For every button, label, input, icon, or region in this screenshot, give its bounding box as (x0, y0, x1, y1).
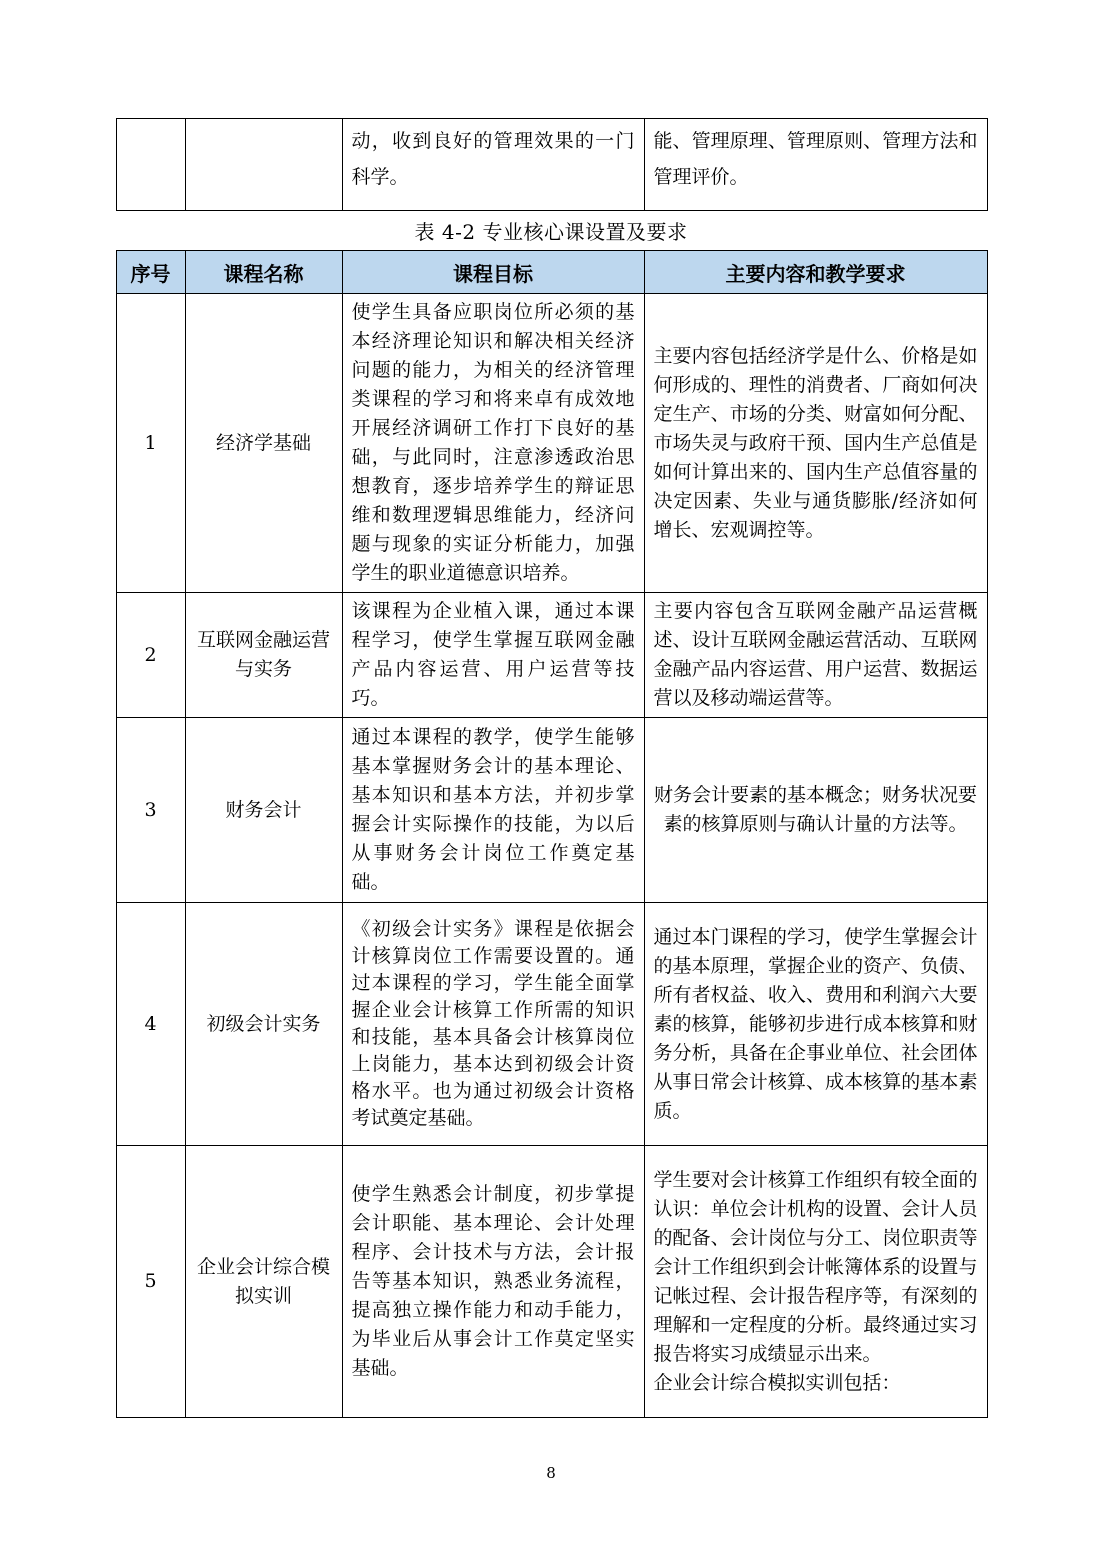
row-seq: 5 (116, 1146, 185, 1418)
row-objective: 该课程为企业植入课，通过本课程学习，使学生掌握互联网金融产品内容运营、用户运营等… (342, 593, 644, 718)
page-content: 动，收到良好的管理效果的一门科学。 能、管理原理、管理原则、管理方法和管理评价。… (116, 0, 987, 1482)
header-objective: 课程目标 (342, 251, 644, 294)
row-content: 通过本门课程的学习，使学生掌握会计的基本原理，掌握企业的资产、负债、所有者权益、… (644, 903, 987, 1146)
fragment-content-cell: 能、管理原理、管理原则、管理方法和管理评价。 (644, 119, 987, 211)
row-course-name: 企业会计综合模拟实训 (185, 1146, 342, 1418)
table-row: 5 企业会计综合模拟实训 使学生熟悉会计制度，初步掌提会计职能、基本理论、会计处… (116, 1146, 987, 1418)
row-objective: 通过本课程的教学，使学生能够基本掌握财务会计的基本理论、基本知识和基本方法，并初… (342, 718, 644, 903)
row-content: 主要内容包含互联网金融产品运营概述、设计互联网金融运营活动、互联网金融产品内容运… (644, 593, 987, 718)
row-course-name: 财务会计 (185, 718, 342, 903)
table-caption: 表 4-2 专业核心课设置及要求 (116, 220, 987, 244)
row-content-paragraph: 学生要对会计核算工作组织有较全面的认识：单位会计机构的设置、会计人员的配备、会计… (654, 1166, 978, 1369)
row-content: 主要内容包括经济学是什么、价格是如何形成的、理性的消费者、厂商如何决定生产、市场… (644, 294, 987, 593)
row-course-name: 互联网金融运营与实务 (185, 593, 342, 718)
row-seq: 4 (116, 903, 185, 1146)
table-header-row: 序号 课程名称 课程目标 主要内容和教学要求 (116, 251, 987, 294)
header-course-name: 课程名称 (185, 251, 342, 294)
row-objective: 《初级会计实务》课程是依据会计核算岗位工作需要设置的。通过本课程的学习，学生能全… (342, 903, 644, 1146)
header-seq: 序号 (116, 251, 185, 294)
row-seq: 3 (116, 718, 185, 903)
row-content-paragraph: 企业会计综合模拟实训包括： (654, 1369, 978, 1398)
row-course-name: 经济学基础 (185, 294, 342, 593)
header-content-requirements: 主要内容和教学要求 (644, 251, 987, 294)
row-course-name: 初级会计实务 (185, 903, 342, 1146)
table-row: 1 经济学基础 使学生具备应职岗位所必须的基本经济理论知识和解决相关经济问题的能… (116, 294, 987, 593)
row-objective: 使学生熟悉会计制度，初步掌提会计职能、基本理论、会计处理程序、会计技术与方法，会… (342, 1146, 644, 1418)
table-row: 3 财务会计 通过本课程的教学，使学生能够基本掌握财务会计的基本理论、基本知识和… (116, 718, 987, 903)
row-content: 财务会计要素的基本概念；财务状况要素的核算原则与确认计量的方法等。 (644, 718, 987, 903)
fragment-name-cell (185, 119, 342, 211)
fragment-row: 动，收到良好的管理效果的一门科学。 能、管理原理、管理原则、管理方法和管理评价。 (116, 119, 987, 211)
fragment-seq-cell (116, 119, 185, 211)
core-courses-table: 序号 课程名称 课程目标 主要内容和教学要求 1 经济学基础 使学生具备应职岗位… (116, 250, 988, 1418)
row-content: 学生要对会计核算工作组织有较全面的认识：单位会计机构的设置、会计人员的配备、会计… (644, 1146, 987, 1418)
row-seq: 1 (116, 294, 185, 593)
fragment-objective-cell: 动，收到良好的管理效果的一门科学。 (342, 119, 644, 211)
row-objective: 使学生具备应职岗位所必须的基本经济理论知识和解决相关经济问题的能力，为相关的经济… (342, 294, 644, 593)
document-page: 动，收到良好的管理效果的一门科学。 能、管理原理、管理原则、管理方法和管理评价。… (0, 0, 1102, 1559)
previous-table-fragment: 动，收到良好的管理效果的一门科学。 能、管理原理、管理原则、管理方法和管理评价。 (116, 118, 988, 211)
table-row: 2 互联网金融运营与实务 该课程为企业植入课，通过本课程学习，使学生掌握互联网金… (116, 593, 987, 718)
page-number: 8 (116, 1464, 987, 1482)
table-row: 4 初级会计实务 《初级会计实务》课程是依据会计核算岗位工作需要设置的。通过本课… (116, 903, 987, 1146)
row-seq: 2 (116, 593, 185, 718)
